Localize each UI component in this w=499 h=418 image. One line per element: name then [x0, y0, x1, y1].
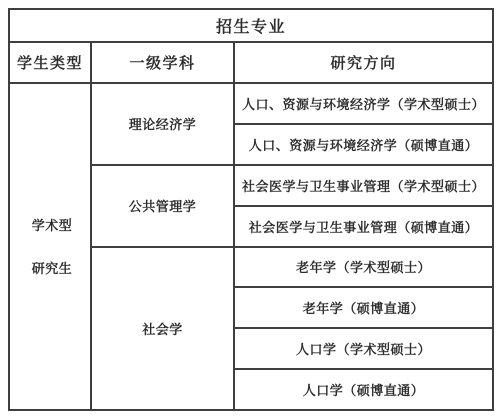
direction-cell: 人口学（学术型硕士） — [234, 328, 493, 369]
student-type-line2: 研究生 — [10, 247, 90, 290]
enrollment-table-image: 招生专业 学生类型 一级学科 研究方向 学术型 研究生 理论经济学 人口、资源与… — [0, 0, 499, 418]
discipline-cell-public-administration: 公共管理学 — [91, 165, 234, 247]
discipline-cell-sociology: 社会学 — [91, 247, 234, 411]
direction-cell: 人口、资源与环境经济学（硕博直通） — [234, 124, 493, 165]
col-header-student-type: 学生类型 — [9, 42, 91, 83]
col-header-research-direction: 研究方向 — [234, 42, 493, 83]
column-header-row: 学生类型 一级学科 研究方向 — [9, 42, 493, 83]
table-title: 招生专业 — [9, 9, 493, 42]
student-type-line1: 学术型 — [10, 204, 90, 247]
table-title-row: 招生专业 — [9, 9, 493, 42]
direction-cell: 社会医学与卫生事业管理（硕博直通） — [234, 206, 493, 247]
table-row: 学术型 研究生 理论经济学 人口、资源与环境经济学（学术型硕士） — [9, 83, 493, 124]
direction-cell: 老年学（硕博直通） — [234, 287, 493, 328]
direction-cell: 人口学（硕博直通） — [234, 369, 493, 410]
direction-cell: 人口、资源与环境经济学（学术型硕士） — [234, 83, 493, 124]
direction-cell: 社会医学与卫生事业管理（学术型硕士） — [234, 165, 493, 206]
student-type-cell: 学术型 研究生 — [9, 83, 91, 410]
direction-cell: 老年学（学术型硕士） — [234, 247, 493, 288]
discipline-cell-theoretical-economics: 理论经济学 — [91, 83, 234, 165]
col-header-discipline: 一级学科 — [91, 42, 234, 83]
enrollment-table: 招生专业 学生类型 一级学科 研究方向 学术型 研究生 理论经济学 人口、资源与… — [8, 8, 494, 411]
